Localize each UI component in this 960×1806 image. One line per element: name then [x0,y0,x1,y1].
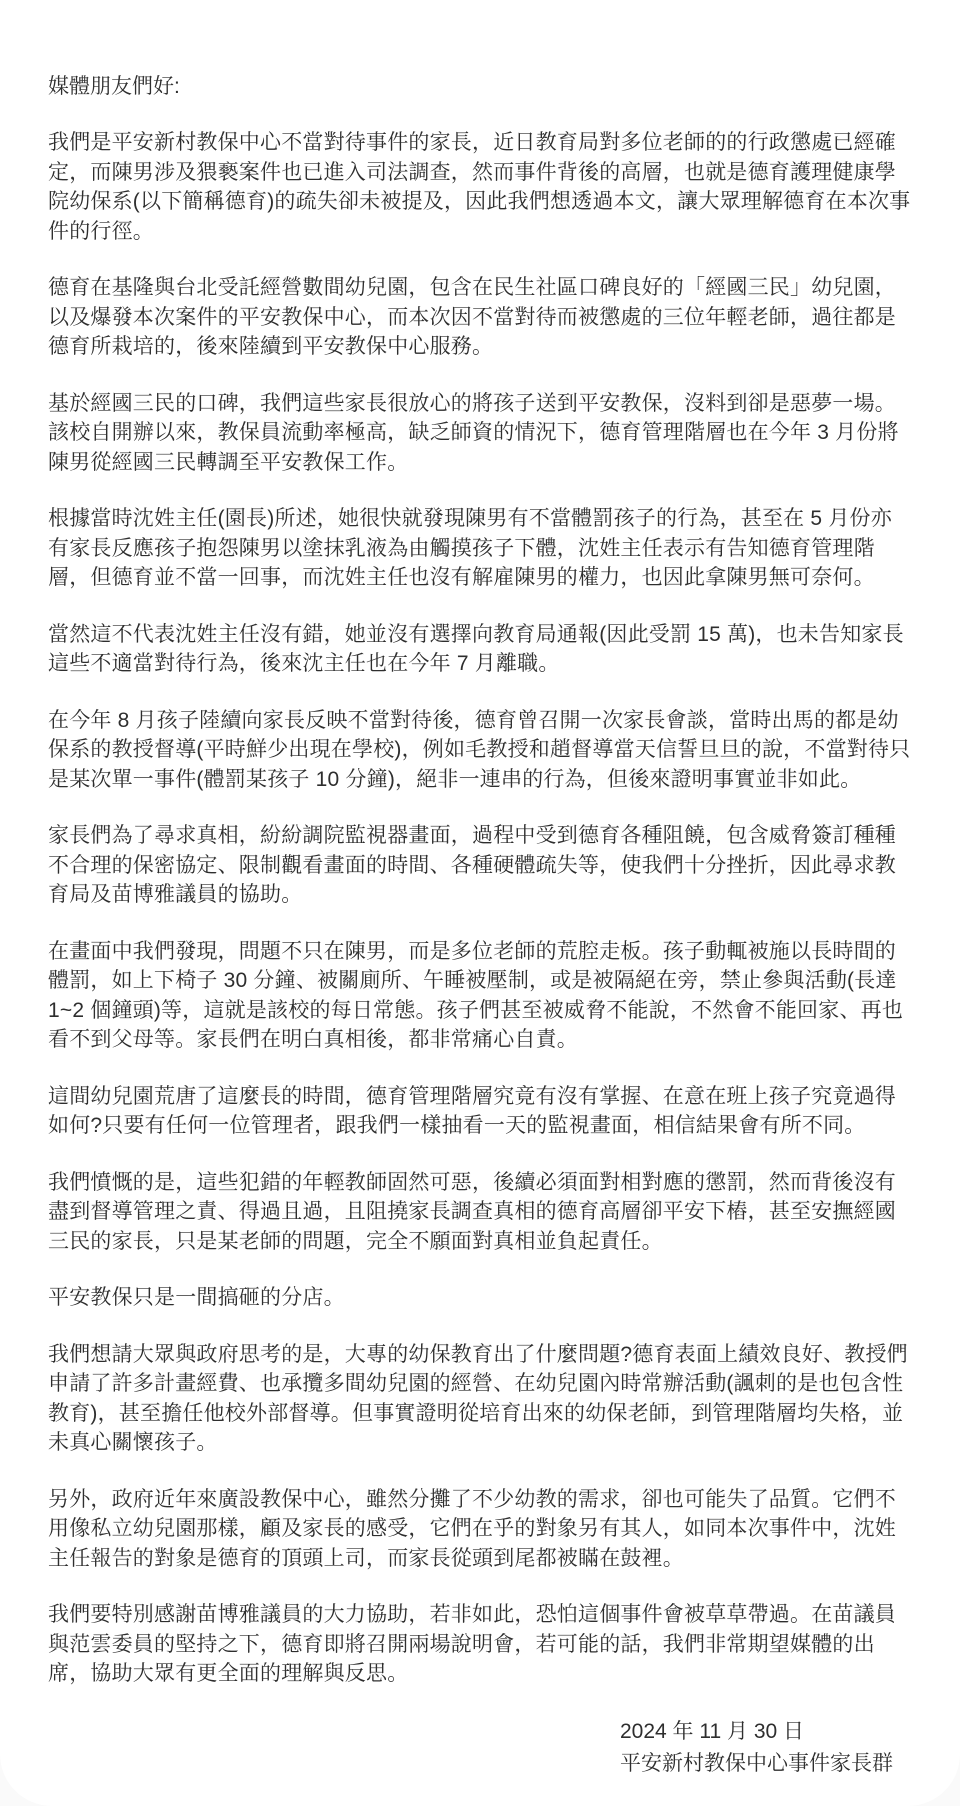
paragraph-3: 基於經國三民的口碑，我們這些家長很放心的將孩子送到平安教保，沒料到卻是惡夢一場。… [48,389,912,478]
letter-date: 2024 年 11 月 30 日 [620,1716,893,1748]
letter-body: 我們是平安新村教保中心不當對待事件的家長，近日教育局對多位老師的的行政懲處已經確… [48,128,912,1689]
paragraph-9: 這間幼兒園荒唐了這麼長的時間，德育管理階層究竟有沒有掌握、在意在班上孩子究竟過得… [48,1082,912,1141]
paragraph-12: 我們想請大眾與政府思考的是，大專的幼保教育出了什麼問題?德育表面上績效良好、教授… [48,1340,912,1458]
page-background: 媒體朋友們好: 我們是平安新村教保中心不當對待事件的家長，近日教育局對多位老師的… [0,0,960,1806]
letter-card: 媒體朋友們好: 我們是平安新村教保中心不當對待事件的家長，近日教育局對多位老師的… [0,0,960,1806]
paragraph-1: 我們是平安新村教保中心不當對待事件的家長，近日教育局對多位老師的的行政懲處已經確… [48,128,912,246]
greeting: 媒體朋友們好: [48,72,912,101]
paragraph-7: 家長們為了尋求真相，紛紛調院監視器畫面，過程中受到德育各種阻饒，包含威脅簽訂種種… [48,821,912,910]
paragraph-8: 在畫面中我們發現，問題不只在陳男，而是多位老師的荒腔走板。孩子動輒被施以長時間的… [48,937,912,1055]
signoff-inner: 2024 年 11 月 30 日 平安新村教保中心事件家長群 [620,1716,893,1780]
paragraph-10: 我們憤慨的是，這些犯錯的年輕教師固然可惡，後續必須面對相對應的懲罰，然而背後沒有… [48,1168,912,1257]
paragraph-11: 平安教保只是一間搞砸的分店。 [48,1283,912,1313]
paragraph-2: 德育在基隆與台北受託經營數間幼兒園，包含在民生社區口碑良好的「經國三民」幼兒園，… [48,273,912,362]
paragraph-13: 另外，政府近年來廣設教保中心，雖然分攤了不少幼教的需求，卻也可能失了品質。它們不… [48,1485,912,1574]
paragraph-6: 在今年 8 月孩子陸續向家長反映不當對待後，德育曾召開一次家長會談，當時出馬的都… [48,706,912,795]
paragraph-14: 我們要特別感謝苗博雅議員的大力協助，若非如此，恐怕這個事件會被草草帶過。在苗議員… [48,1600,912,1689]
signoff-block: 2024 年 11 月 30 日 平安新村教保中心事件家長群 [48,1716,912,1780]
letter-signature: 平安新村教保中心事件家長群 [620,1748,893,1780]
paragraph-5: 當然這不代表沈姓主任沒有錯，她並沒有選擇向教育局通報(因此受罰 15 萬)，也未… [48,620,912,679]
paragraph-4: 根據當時沈姓主任(園長)所述，她很快就發現陳男有不當體罰孩子的行為，甚至在 5 … [48,504,912,593]
